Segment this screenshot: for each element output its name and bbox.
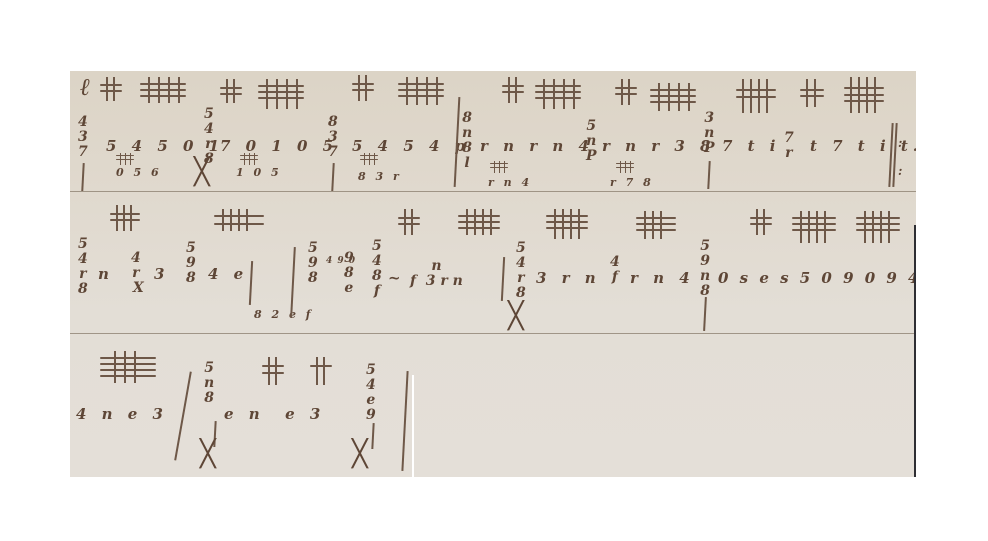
chord-column: 5 4 r 8 [516,241,526,301]
chord-column: 8 n 8 l [462,111,472,171]
barline [501,257,505,301]
chord-column: n f 3 r n [410,259,463,289]
chord-column: 5 n 8 [204,361,214,406]
note-line-small: 1 0 5 [236,167,282,178]
note-line: ~ [388,271,406,286]
barline [290,247,295,317]
cross-mark: ╳ [352,441,368,467]
rhythm-flag-icon [736,79,776,113]
stem [371,423,374,449]
note-line: n [98,267,114,282]
note-line: 0 s e s 5 0 9 0 9 4 n [718,271,916,286]
note-line: e n e 3 [224,407,325,422]
rhythm-flag-icon [310,357,332,385]
note-line-small: 8 3 r [358,171,402,182]
rhythm-flag-icon [110,205,140,231]
rhythm-flag-icon [220,79,242,103]
chord-column: 8 3 7 [328,115,338,160]
note-line: 3 r n [536,271,601,286]
chord-column: 5 9 8 [308,241,318,286]
rhythm-flag-icon [616,161,634,173]
rhythm-flag-icon [844,77,884,113]
rhythm-flag-icon [140,77,186,103]
chord-column: 5 9 8 [186,241,196,286]
rhythm-flag-icon [258,79,304,109]
note-line: 4 n e 3 [76,407,168,422]
chord-column: 4 r X [128,251,144,296]
chord-column: 5 9 n 8 [700,239,710,299]
chord-column: 5 4 8 f [372,239,382,299]
barline [174,372,191,461]
clef-mark: ℓ [80,75,95,99]
cross-mark: ╳ [194,159,210,185]
chord-column: 7 r [784,131,794,161]
rhythm-flag-icon [792,211,836,243]
rhythm-flag-icon [100,77,122,101]
rhythm-flag-icon [262,357,284,385]
chord-column: 5 n P [586,119,597,164]
chord-column: 5 4 e 9 [366,363,376,423]
cross-mark: ╳ [200,441,216,467]
note-line: 7 t i [722,139,781,154]
stem [331,163,334,191]
rhythm-flag-icon [750,209,772,235]
chord-column: 4 3 7 [78,115,88,160]
rhythm-flag-icon [352,75,374,101]
chord-column: 5 4 r 8 [78,237,88,297]
note-line: 5 4 5 4 p [352,139,470,154]
barline [401,371,408,471]
rhythm-flag-icon [360,153,378,165]
note-line: r n r n 4 [480,139,594,154]
rhythm-flag-icon [856,211,900,243]
stem [249,261,253,305]
note-line-small: 0 5 6 [116,167,162,178]
repeat-mark: : [898,165,905,177]
rhythm-flag-icon [100,351,156,383]
repeat-mark: : [898,137,905,149]
rhythm-flag-icon [214,209,264,231]
ruled-line-2 [70,333,916,334]
rhythm-flag-icon [800,79,824,107]
note-line: r n r 3 8 [602,139,715,154]
manuscript-page: ℓ [70,71,916,477]
rhythm-flag-icon [398,77,444,105]
rhythm-flag-icon [546,209,588,239]
note-line: r n 4 [630,271,695,286]
rhythm-flag-icon [502,77,524,103]
note-line: 3 [154,267,169,282]
stem [703,297,706,331]
chord-column: 9 8 e [344,251,354,296]
note-line-small: r n 4 [488,177,532,188]
note-line: 7 0 1 0 5 [220,139,338,154]
note-line-small: r 7 8 [610,177,654,188]
chord-column: 4 f [610,255,620,285]
scan-seam [412,375,414,477]
stem [707,161,710,189]
rhythm-flag-icon [615,79,637,105]
rhythm-flag-icon [650,83,696,111]
rhythm-flag-icon [490,161,508,173]
stem [81,163,84,191]
rhythm-flag-icon [240,153,258,165]
cross-mark: ╳ [508,303,524,329]
rhythm-flag-icon [398,209,420,235]
rhythm-flag-icon [458,209,500,235]
rhythm-flag-icon [636,211,676,239]
chord-column: 3 n P [704,111,715,156]
barline [892,123,897,187]
note-line-small: 8 2 e f [254,309,314,320]
ruled-line-1 [70,191,916,192]
rhythm-flag-icon [535,79,581,109]
note-line: 4 e [208,267,248,282]
rhythm-flag-icon [116,153,134,165]
